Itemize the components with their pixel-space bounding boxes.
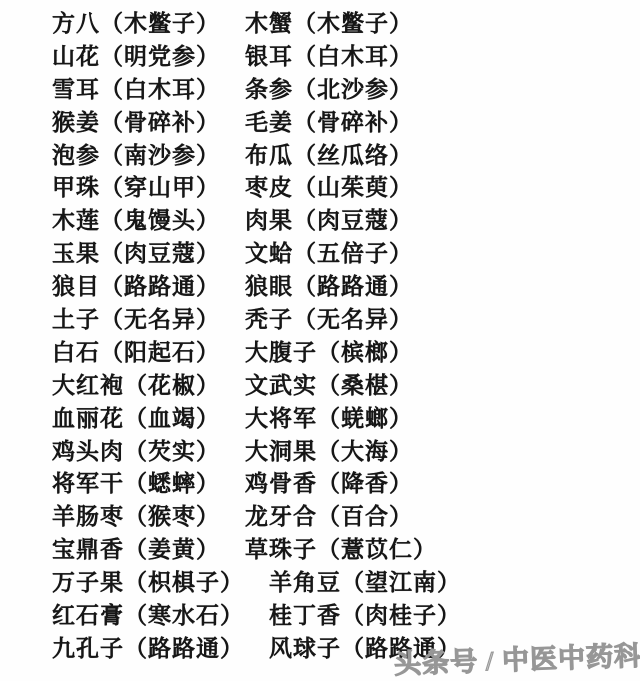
glossary-list: 方八（木鳖子） 木蟹（木鳖子） 山花（明党参） 银耳（白木耳） 雪耳（白木耳） … [52, 5, 461, 663]
entry-right: 肉果（肉豆蔻） [245, 202, 413, 235]
glossary-row: 将军干（蟋蟀） 鸡骨香（降香） [52, 465, 461, 498]
entry-right: 龙牙合（百合） [245, 498, 413, 531]
glossary-row: 甲珠（穿山甲） 枣皮（山茱萸） [52, 169, 461, 202]
glossary-row: 猴姜（骨碎补） 毛姜（骨碎补） [52, 104, 461, 137]
entry-right: 大将军（蜣螂） [245, 400, 413, 433]
glossary-row: 白石（阳起石） 大腹子（槟榔） [52, 334, 461, 367]
glossary-row: 羊肠枣（猴枣） 龙牙合（百合） [52, 498, 461, 531]
entry-left: 方八（木鳖子） [52, 5, 220, 38]
glossary-row: 雪耳（白木耳） 条参（北沙参） [52, 71, 461, 104]
entry-left: 羊肠枣（猴枣） [52, 498, 220, 531]
glossary-row: 大红袍（花椒） 文武实（桑椹） [52, 367, 461, 400]
entry-left: 鸡头肉（芡实） [52, 433, 220, 466]
glossary-row: 血丽花（血竭） 大将军（蜣螂） [52, 400, 461, 433]
entry-left: 玉果（肉豆蔻） [52, 235, 220, 268]
entry-left: 雪耳（白木耳） [52, 71, 220, 104]
entry-right: 草珠子（薏苡仁） [245, 531, 437, 564]
glossary-row: 方八（木鳖子） 木蟹（木鳖子） [52, 5, 461, 38]
glossary-row: 山花（明党参） 银耳（白木耳） [52, 38, 461, 71]
entry-right: 文武实（桑椹） [245, 367, 413, 400]
entry-left: 狼目（路路通） [52, 268, 220, 301]
scanned-page: 方八（木鳖子） 木蟹（木鳖子） 山花（明党参） 银耳（白木耳） 雪耳（白木耳） … [0, 0, 640, 681]
entry-right: 狼眼（路路通） [245, 268, 413, 301]
entry-right: 桂丁香（肉桂子） [269, 597, 461, 630]
entry-left: 将军干（蟋蟀） [52, 465, 220, 498]
entry-right: 大洞果（大海） [245, 433, 413, 466]
entry-right: 毛姜（骨碎补） [245, 104, 413, 137]
entry-right: 羊角豆（望江南） [269, 564, 461, 597]
glossary-row: 红石膏（寒水石） 桂丁香（肉桂子） [52, 597, 461, 630]
watermark: 头条号 / 中医中药科 [393, 634, 640, 681]
entry-left: 大红袍（花椒） [52, 367, 220, 400]
entry-right: 木蟹（木鳖子） [245, 5, 413, 38]
entry-left: 泡参（南沙参） [52, 137, 220, 170]
glossary-row: 木莲（鬼馒头） 肉果（肉豆蔻） [52, 202, 461, 235]
entry-left: 猴姜（骨碎补） [52, 104, 220, 137]
entry-right: 枣皮（山茱萸） [245, 169, 413, 202]
entry-left: 山花（明党参） [52, 38, 220, 71]
glossary-row: 宝鼎香（姜黄） 草珠子（薏苡仁） [52, 531, 461, 564]
entry-left: 土子（无名异） [52, 301, 220, 334]
entry-right: 大腹子（槟榔） [245, 334, 413, 367]
glossary-row: 万子果（枳椇子） 羊角豆（望江南） [52, 564, 461, 597]
entry-left: 甲珠（穿山甲） [52, 169, 220, 202]
entry-left: 九孔子（路路通） [52, 630, 244, 663]
entry-left: 白石（阳起石） [52, 334, 220, 367]
entry-left: 血丽花（血竭） [52, 400, 220, 433]
glossary-row: 土子（无名异） 秃子（无名异） [52, 301, 461, 334]
entry-right: 条参（北沙参） [245, 71, 413, 104]
entry-left: 红石膏（寒水石） [52, 597, 244, 630]
entry-left: 宝鼎香（姜黄） [52, 531, 220, 564]
glossary-row: 鸡头肉（芡实） 大洞果（大海） [52, 433, 461, 466]
glossary-row: 狼目（路路通） 狼眼（路路通） [52, 268, 461, 301]
entry-right: 文蛤（五倍子） [245, 235, 413, 268]
glossary-row: 泡参（南沙参） 布瓜（丝瓜络） [52, 137, 461, 170]
entry-left: 木莲（鬼馒头） [52, 202, 220, 235]
entry-left: 万子果（枳椇子） [52, 564, 244, 597]
entry-right: 鸡骨香（降香） [245, 465, 413, 498]
entry-right: 秃子（无名异） [245, 301, 413, 334]
entry-right: 布瓜（丝瓜络） [245, 137, 413, 170]
entry-right: 银耳（白木耳） [245, 38, 413, 71]
glossary-row: 玉果（肉豆蔻） 文蛤（五倍子） [52, 235, 461, 268]
